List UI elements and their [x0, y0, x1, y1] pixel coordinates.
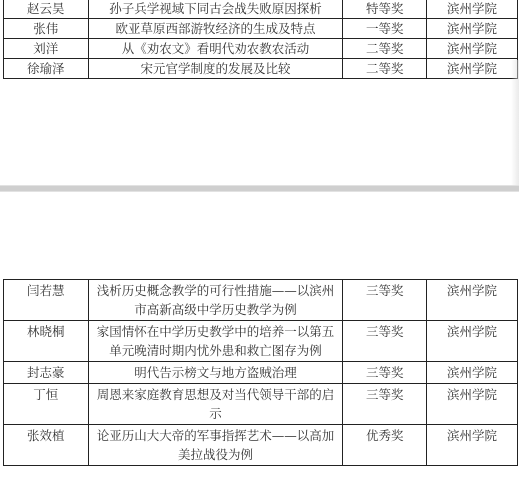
school-name: 滨州学院 [426, 19, 517, 39]
award-table-top: 赵云昊 孙子兵学视域下同古会战失败原因探析 特等奖 滨州学院 张伟 欧亚草原西部… [3, 0, 518, 79]
school-name: 滨州学院 [426, 321, 517, 362]
table-row: 林晓桐 家国情怀在中学历史教学中的培养一以第五单元晚清时期内忧外患和救亡图存为例… [4, 321, 518, 362]
table-row: 赵云昊 孙子兵学视域下同古会战失败原因探析 特等奖 滨州学院 [4, 0, 518, 19]
paper-title: 论亚历山大大帝的军事指挥艺术——以高加美拉战役为例 [88, 425, 343, 466]
paper-title: 家国情怀在中学历史教学中的培养一以第五单元晚清时期内忧外患和救亡图存为例 [88, 321, 343, 362]
paper-title: 孙子兵学视域下同古会战失败原因探析 [88, 0, 343, 19]
school-name: 滨州学院 [426, 425, 517, 466]
table-row: 丁恒 周恩来家庭教育思想及对当代领导干部的启示 三等奖 滨州学院 [4, 384, 518, 425]
student-name: 闫若慧 [4, 280, 89, 321]
school-name: 滨州学院 [426, 280, 517, 321]
paper-title-text: 家国情怀在中学历史教学中的培养一以第五单元晚清时期内忧外患和救亡图存为例 [93, 322, 339, 360]
page-top: 赵云昊 孙子兵学视域下同古会战失败原因探析 特等奖 滨州学院 张伟 欧亚草原西部… [0, 0, 519, 185]
student-name: 张效植 [4, 425, 89, 466]
award-level: 二等奖 [343, 59, 427, 79]
award-level: 二等奖 [343, 39, 427, 59]
paper-title: 周恩来家庭教育思想及对当代领导干部的启示 [88, 384, 343, 425]
page-bottom: 闫若慧 浅析历史概念教学的可行性措施——以滨州市高新高级中学历史教学为例 三等奖… [0, 192, 519, 479]
award-level: 三等奖 [343, 384, 427, 425]
award-level: 三等奖 [343, 321, 427, 362]
student-name: 徐瑜泽 [4, 59, 89, 79]
award-level: 优秀奖 [343, 425, 427, 466]
award-level: 三等奖 [343, 362, 427, 384]
table-row: 徐瑜泽 宋元官学制度的发展及比较 二等奖 滨州学院 [4, 59, 518, 79]
table-row: 刘洋 从《劝农文》看明代劝农教农活动 二等奖 滨州学院 [4, 39, 518, 59]
page-edge-shadow [511, 60, 519, 185]
student-name: 张伟 [4, 19, 89, 39]
paper-title-text: 浅析历史概念教学的可行性措施——以滨州市高新高级中学历史教学为例 [93, 281, 339, 319]
award-level: 特等奖 [343, 0, 427, 19]
school-name: 滨州学院 [426, 39, 517, 59]
student-name: 刘洋 [4, 39, 89, 59]
paper-title-text: 明代告示榜文与地方盗贼治理 [134, 363, 297, 382]
table-row: 闫若慧 浅析历史概念教学的可行性措施——以滨州市高新高级中学历史教学为例 三等奖… [4, 280, 518, 321]
paper-title: 欧亚草原西部游牧经济的生成及特点 [88, 19, 343, 39]
paper-title: 宋元官学制度的发展及比较 [88, 59, 343, 79]
student-name: 赵云昊 [4, 0, 89, 19]
table-row: 张伟 欧亚草原西部游牧经济的生成及特点 一等奖 滨州学院 [4, 19, 518, 39]
school-name: 滨州学院 [426, 384, 517, 425]
table-row: 封志豪 明代告示榜文与地方盗贼治理 三等奖 滨州学院 [4, 362, 518, 384]
paper-title-text: 周恩来家庭教育思想及对当代领导干部的启示 [93, 385, 339, 423]
paper-title: 浅析历史概念教学的可行性措施——以滨州市高新高级中学历史教学为例 [88, 280, 343, 321]
paper-title: 明代告示榜文与地方盗贼治理 [88, 362, 343, 384]
paper-title-text: 论亚历山大大帝的军事指挥艺术——以高加美拉战役为例 [93, 426, 339, 464]
award-table-bottom: 闫若慧 浅析历史概念教学的可行性措施——以滨州市高新高级中学历史教学为例 三等奖… [3, 279, 518, 466]
table-row: 张效植 论亚历山大大帝的军事指挥艺术——以高加美拉战役为例 优秀奖 滨州学院 [4, 425, 518, 466]
paper-title: 从《劝农文》看明代劝农教农活动 [88, 39, 343, 59]
page-separator [0, 185, 519, 192]
student-name: 封志豪 [4, 362, 89, 384]
school-name: 滨州学院 [426, 59, 517, 79]
award-level: 一等奖 [343, 19, 427, 39]
award-level: 三等奖 [343, 280, 427, 321]
student-name: 林晓桐 [4, 321, 89, 362]
student-name: 丁恒 [4, 384, 89, 425]
school-name: 滨州学院 [426, 0, 517, 19]
school-name: 滨州学院 [426, 362, 517, 384]
